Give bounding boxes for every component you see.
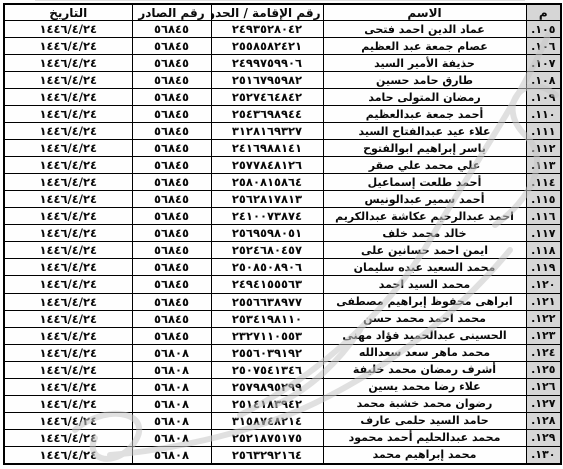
table-row: .١١٣ علي محمد علي صقر ٢٥٧٧٨٤٨١٢٦ ٥٦٨٤٥ ١… [4, 157, 561, 174]
issue-number-cell: ٥٦٨٤٥ [132, 191, 211, 208]
name-cell: محمد السيد احمد [323, 276, 526, 293]
name-cell: محمد إبراهيم محمد [323, 446, 526, 464]
date-cell: ١٤٤٦/٤/٢٤ [4, 378, 132, 395]
issue-number-cell: ٥٦٨٤٥ [132, 259, 211, 276]
residence-number-cell: ٢٥٦٩٥٩٨٠٥١ [211, 225, 323, 242]
serial-cell: .١٢٨ [526, 412, 561, 429]
table-body: .١٠٥ عماد الدين احمد فتحى ٢٤٩٣٥٢٨٠٤٢ ٥٦٨… [4, 21, 561, 465]
residence-number-cell: ٢٥٥٦٦٣٨٩٧٧ [211, 293, 323, 310]
residence-number-cell: ٢٥٣٤١٩٨١١٠ [211, 310, 323, 327]
serial-cell: .١٠٨ [526, 72, 561, 89]
date-cell: ١٤٤٦/٤/٢٤ [4, 276, 132, 293]
issue-number-cell: ٥٦٨٤٥ [132, 293, 211, 310]
table-row: .١٠٨ طارق حامد حسين ٢٥١٦٧٩٥٩٨٢ ٥٦٨٤٥ ١٤٤… [4, 72, 561, 89]
residence-number-cell: ٢٥١٤١٨٣٩٤٢ [211, 395, 323, 412]
issue-number-cell: ٥٦٨٤٥ [132, 140, 211, 157]
residence-number-cell: ٢٥٥٨٥٨٢٤٢١ [211, 38, 323, 55]
name-cell: ابراهى محفوظ إبراهيم مصطفى [323, 293, 526, 310]
date-cell: ١٤٤٦/٤/٢٤ [4, 21, 132, 38]
name-cell: محمد احمد محمد حسن [323, 310, 526, 327]
residence-number-cell: ٢٥٥٦٠٣٩١٩٢ [211, 344, 323, 361]
residence-number-cell: ٢٥٧٧٨٤٨١٢٦ [211, 157, 323, 174]
table-row: .١٢١ ابراهى محفوظ إبراهيم مصطفى ٢٥٥٦٦٣٨٩… [4, 293, 561, 310]
table-row: .١٠٥ عماد الدين احمد فتحى ٢٤٩٣٥٢٨٠٤٢ ٥٦٨… [4, 21, 561, 38]
serial-cell: .١٠٦ [526, 38, 561, 55]
issue-number-cell: ٥٦٨٤٥ [132, 174, 211, 191]
table-row: .١٠٧ حذيفة الأمير السيد ٢٤٩٩٧٥٩٩٠٦ ٥٦٨٤٥… [4, 55, 561, 72]
residence-number-cell: ٢٥٤٣٦٩٨٩٤٤ [211, 106, 323, 123]
table-row: .١١١ علاء عيد عبدالفتاح السيد ٣١٢٨١٦٩٣٢٧… [4, 123, 561, 140]
name-cell: عصام جمعة عبد العظيم [323, 38, 526, 55]
header-serial: م [526, 4, 561, 21]
residence-number-cell: ٢٣٢٧١١٠٥٥٣ [211, 327, 323, 344]
header-residence-number: رقم الإقامة / الحدود [211, 4, 323, 21]
date-cell: ١٤٤٦/٤/٢٤ [4, 412, 132, 429]
residence-number-cell: ٢٥١٦٧٩٥٩٨٢ [211, 72, 323, 89]
residence-number-cell: ٢٥٢٤٦٨٠٤٥٧ [211, 242, 323, 259]
date-cell: ١٤٤٦/٤/٢٤ [4, 72, 132, 89]
table-row: .١٢٢ محمد احمد محمد حسن ٢٥٣٤١٩٨١١٠ ٥٦٨٤٥… [4, 310, 561, 327]
table-row: .١٠٩ رمضان المتولى حامد ٢٥٢٧٤٦٤٨٤٢ ٥٦٨٤٥… [4, 89, 561, 106]
serial-cell: .١١٧ [526, 225, 561, 242]
table-row: .١٢٧ رضوان محمد خشبة محمد ٢٥١٤١٨٣٩٤٢ ٥٦٨… [4, 395, 561, 412]
name-cell: احمد عبدالرحيم عكاشة عبدالكريم [323, 208, 526, 225]
name-cell: خالد محمد خلف [323, 225, 526, 242]
header-date: التاريخ [4, 4, 132, 21]
name-cell: حذيفة الأمير السيد [323, 55, 526, 72]
residence-number-cell: ٢٥٦٢٨١٧٨١٣ [211, 191, 323, 208]
table-row: .١٢٦ علاء رضا محمد يسين ٢٥٧٩٨٩٥٢٩٩ ٥٦٨٠٨… [4, 378, 561, 395]
residence-number-cell: ٢٥٧٩٨٩٥٢٩٩ [211, 378, 323, 395]
serial-cell: .١١١ [526, 123, 561, 140]
serial-cell: .١٢٣ [526, 327, 561, 344]
date-cell: ١٤٤٦/٤/٢٤ [4, 38, 132, 55]
issue-number-cell: ٥٦٨٤٥ [132, 157, 211, 174]
residence-number-cell: ٢٤١٦٩٨٨١٤١ [211, 140, 323, 157]
name-cell: رضوان محمد خشبة محمد [323, 395, 526, 412]
table-row: .١٢٥ أشرف رمضان محمد خليفة ٢٥٠٧٥٤١٣٤٦ ٥٦… [4, 361, 561, 378]
name-cell: علاء رضا محمد يسين [323, 378, 526, 395]
serial-cell: .١٠٧ [526, 55, 561, 72]
date-cell: ١٤٤٦/٤/٢٤ [4, 174, 132, 191]
date-cell: ١٤٤٦/٤/٢٤ [4, 157, 132, 174]
residence-number-cell: ٢٥٨٠٨١٥٨٦٤ [211, 174, 323, 191]
table-row: .١٠٦ عصام جمعة عبد العظيم ٢٥٥٨٥٨٢٤٢١ ٥٦٨… [4, 38, 561, 55]
residence-number-cell: ٣١٥٨٧٤٨٢١٤ [211, 412, 323, 429]
issue-number-cell: ٥٦٨٤٥ [132, 106, 211, 123]
issue-number-cell: ٥٦٨٤٥ [132, 89, 211, 106]
issue-number-cell: ٥٦٨٠٨ [132, 412, 211, 429]
residence-number-cell: ٢٥٢٧٤٦٤٨٤٢ [211, 89, 323, 106]
issue-number-cell: ٥٦٨٤٥ [132, 55, 211, 72]
serial-cell: .١١٢ [526, 140, 561, 157]
residence-number-cell: ٣١٢٨١٦٩٣٢٧ [211, 123, 323, 140]
residence-number-cell: ٢٤٩٣٥٢٨٠٤٢ [211, 21, 323, 38]
date-cell: ١٤٤٦/٤/٢٤ [4, 259, 132, 276]
table-row: .١١٥ أحمد سمير عبدالونيس ٢٥٦٢٨١٧٨١٣ ٥٦٨٤… [4, 191, 561, 208]
issue-number-cell: ٥٦٨٠٨ [132, 446, 211, 464]
table-row: .١٢٠ محمد السيد احمد ٢٤٩٤١٥٥٥٦٣ ٥٦٨٤٥ ١٤… [4, 276, 561, 293]
residence-number-cell: ٢٥٠٨٥٠٨٩٠٦ [211, 259, 323, 276]
date-cell: ١٤٤٦/٤/٢٤ [4, 310, 132, 327]
header-row: م الاسم رقم الإقامة / الحدود رقم الصادر … [4, 4, 561, 21]
table-row: .١١٢ ياسر إبراهيم ابوالفتوح ٢٤١٦٩٨٨١٤١ ٥… [4, 140, 561, 157]
table-header: م الاسم رقم الإقامة / الحدود رقم الصادر … [4, 4, 561, 21]
residence-number-cell: ٢٥٦٣٢٩٢١٦٤ [211, 446, 323, 464]
date-cell: ١٤٤٦/٤/٢٤ [4, 429, 132, 446]
issue-number-cell: ٥٦٨٠٨ [132, 361, 211, 378]
serial-cell: .١٢١ [526, 293, 561, 310]
residence-number-cell: ٢٤٩٤١٥٥٥٦٣ [211, 276, 323, 293]
table-row: .١١٨ ايمن احمد حسانين على ٢٥٢٤٦٨٠٤٥٧ ٥٦٨… [4, 242, 561, 259]
name-cell: عماد الدين احمد فتحى [323, 21, 526, 38]
serial-cell: .١١٨ [526, 242, 561, 259]
date-cell: ١٤٤٦/٤/٢٤ [4, 191, 132, 208]
name-cell: محمد ماهر سعد سعدالله [323, 344, 526, 361]
header-issue-number: رقم الصادر [132, 4, 211, 21]
table-row: .١٢٨ حامد السيد حلمى عارف ٣١٥٨٧٤٨٢١٤ ٥٦٨… [4, 412, 561, 429]
serial-cell: .١٣٠ [526, 446, 561, 464]
date-cell: ١٤٤٦/٤/٢٤ [4, 106, 132, 123]
table-row: .١١٠ أحمد جمعة عبدالعظيم ٢٥٤٣٦٩٨٩٤٤ ٥٦٨٤… [4, 106, 561, 123]
residence-number-cell: ٢٥٠٧٥٤١٣٤٦ [211, 361, 323, 378]
name-cell: أحمد سمير عبدالونيس [323, 191, 526, 208]
date-cell: ١٤٤٦/٤/٢٤ [4, 242, 132, 259]
name-cell: محمد السعيد عبده سليمان [323, 259, 526, 276]
table-row: .١٢٩ محمد عبدالحليم أحمد محمود ٢٥٢١٨٧٥١٧… [4, 429, 561, 446]
date-cell: ١٤٤٦/٤/٢٤ [4, 327, 132, 344]
serial-cell: .١٠٩ [526, 89, 561, 106]
date-cell: ١٤٤٦/٤/٢٤ [4, 361, 132, 378]
issue-number-cell: ٥٦٨٠٨ [132, 378, 211, 395]
table-row: .١١٤ أحمد طلعت إسماعيل ٢٥٨٠٨١٥٨٦٤ ٥٦٨٤٥ … [4, 174, 561, 191]
serial-cell: .١٢٥ [526, 361, 561, 378]
issue-number-cell: ٥٦٨٤٥ [132, 327, 211, 344]
issue-number-cell: ٥٦٨٤٥ [132, 242, 211, 259]
date-cell: ١٤٤٦/٤/٢٤ [4, 55, 132, 72]
serial-cell: .١٢٧ [526, 395, 561, 412]
name-cell: أحمد طلعت إسماعيل [323, 174, 526, 191]
serial-cell: .١٠٥ [526, 21, 561, 38]
name-cell: علاء عيد عبدالفتاح السيد [323, 123, 526, 140]
name-cell: ياسر إبراهيم ابوالفتوح [323, 140, 526, 157]
date-cell: ١٤٤٦/٤/٢٤ [4, 140, 132, 157]
residence-number-cell: ٢٥٢١٨٧٥١٧٥ [211, 429, 323, 446]
table-row: .١١٧ خالد محمد خلف ٢٥٦٩٥٩٨٠٥١ ٥٦٨٤٥ ١٤٤٦… [4, 225, 561, 242]
name-cell: حامد السيد حلمى عارف [323, 412, 526, 429]
date-cell: ١٤٤٦/٤/٢٤ [4, 293, 132, 310]
name-cell: أشرف رمضان محمد خليفة [323, 361, 526, 378]
table-row: .١٣٠ محمد إبراهيم محمد ٢٥٦٣٢٩٢١٦٤ ٥٦٨٠٨ … [4, 446, 561, 464]
issue-number-cell: ٥٦٨٤٥ [132, 276, 211, 293]
issue-number-cell: ٥٦٨٤٥ [132, 208, 211, 225]
serial-cell: .١١٤ [526, 174, 561, 191]
serial-cell: .١٢٦ [526, 378, 561, 395]
header-name: الاسم [323, 4, 526, 21]
name-cell: الحسينى عبدالحميد فؤاد مهنى [323, 327, 526, 344]
issue-number-cell: ٥٦٨٠٨ [132, 344, 211, 361]
name-cell: محمد عبدالحليم أحمد محمود [323, 429, 526, 446]
serial-cell: .١٢٠ [526, 276, 561, 293]
date-cell: ١٤٤٦/٤/٢٤ [4, 344, 132, 361]
name-cell: رمضان المتولى حامد [323, 89, 526, 106]
serial-cell: .١١٣ [526, 157, 561, 174]
issue-number-cell: ٥٦٨٤٥ [132, 72, 211, 89]
serial-cell: .١٢٢ [526, 310, 561, 327]
issue-number-cell: ٥٦٨٤٥ [132, 123, 211, 140]
name-cell: طارق حامد حسين [323, 72, 526, 89]
name-cell: أحمد جمعة عبدالعظيم [323, 106, 526, 123]
residence-number-cell: ٢٤٩٩٧٥٩٩٠٦ [211, 55, 323, 72]
date-cell: ١٤٤٦/٤/٢٤ [4, 395, 132, 412]
table-row: .١٢٤ محمد ماهر سعد سعدالله ٢٥٥٦٠٣٩١٩٢ ٥٦… [4, 344, 561, 361]
issue-number-cell: ٥٦٨٤٥ [132, 21, 211, 38]
serial-cell: .١٢٩ [526, 429, 561, 446]
table-row: .١١٩ محمد السعيد عبده سليمان ٢٥٠٨٥٠٨٩٠٦ … [4, 259, 561, 276]
issue-number-cell: ٥٦٨٤٥ [132, 310, 211, 327]
name-cell: علي محمد علي صقر [323, 157, 526, 174]
issue-number-cell: ٥٦٨٠٨ [132, 429, 211, 446]
date-cell: ١٤٤٦/٤/٢٤ [4, 208, 132, 225]
serial-cell: .١١٩ [526, 259, 561, 276]
date-cell: ١٤٤٦/٤/٢٤ [4, 89, 132, 106]
records-table: م الاسم رقم الإقامة / الحدود رقم الصادر … [3, 3, 562, 465]
residence-number-cell: ٢٤١٠٠٧٣٨٧٤ [211, 208, 323, 225]
date-cell: ١٤٤٦/٤/٢٤ [4, 225, 132, 242]
issue-number-cell: ٥٦٨٤٥ [132, 38, 211, 55]
table-row: .١١٦ احمد عبدالرحيم عكاشة عبدالكريم ٢٤١٠… [4, 208, 561, 225]
date-cell: ١٤٤٦/٤/٢٤ [4, 123, 132, 140]
issue-number-cell: ٥٦٨٤٥ [132, 225, 211, 242]
table-row: .١٢٣ الحسينى عبدالحميد فؤاد مهنى ٢٣٢٧١١٠… [4, 327, 561, 344]
name-cell: ايمن احمد حسانين على [323, 242, 526, 259]
serial-cell: .١١٠ [526, 106, 561, 123]
scanned-document-page: م الاسم رقم الإقامة / الحدود رقم الصادر … [0, 0, 563, 469]
serial-cell: .١٢٤ [526, 344, 561, 361]
serial-cell: .١١٥ [526, 191, 561, 208]
scan-artifact-line [35, 0, 525, 1]
serial-cell: .١١٦ [526, 208, 561, 225]
issue-number-cell: ٥٦٨٠٨ [132, 395, 211, 412]
date-cell: ١٤٤٦/٤/٢٤ [4, 446, 132, 464]
